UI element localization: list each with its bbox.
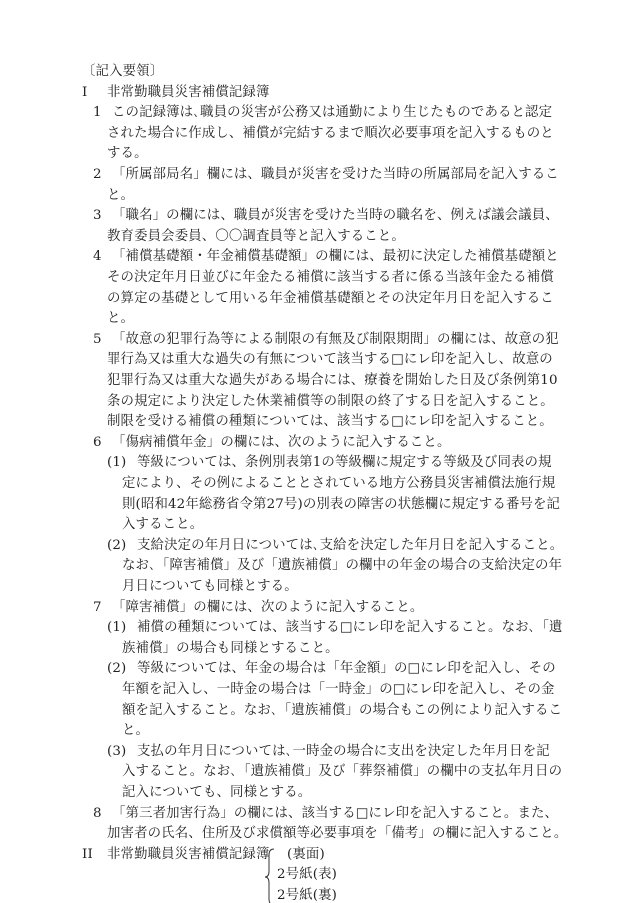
- item-text: 「第三者加害行為」の欄には、該当する□にレ印を記入すること。また、: [112, 804, 558, 825]
- item-text: 「障害補償」の欄には、次のように記入すること。: [112, 598, 423, 619]
- subitem-text: と。: [122, 721, 149, 742]
- item-text: 「故意の犯罪行為等による制限の有無及び制限期間」の欄には、故意の犯: [112, 330, 559, 351]
- item-text: この記録簿は､職員の災害が公務又は通勤により生じたものであると認定: [112, 103, 552, 124]
- item-text: 「傷病補償年金」の欄には、次のように記入すること。: [112, 433, 451, 454]
- document-page: 〔記入要領〕I非常勤職員災害補償記録簿1この記録簿は､職員の災害が公務又は通勤に…: [0, 0, 630, 903]
- item-number: 6: [93, 433, 102, 454]
- subitem-number: (3): [107, 742, 126, 763]
- subitem-text: 額を記入すること。なお､「遺族補償」の場合もこの例により記入するこ: [122, 701, 562, 722]
- subitem-text: 入すること。: [122, 515, 203, 536]
- item-number: 3: [93, 206, 102, 227]
- subitem-text: 記入についても、同様とする。: [122, 783, 311, 804]
- subitem-number: (1): [107, 618, 126, 639]
- item-number: 5: [93, 330, 102, 351]
- brace-symbol: [264, 847, 276, 903]
- subitem-text: なお､「障害補償」及び「遺族補償」の欄中の年金の場合の支給決定の年: [122, 556, 562, 577]
- subitem-number: (2): [107, 536, 126, 557]
- section-heading: 〔記入要領〕: [82, 62, 163, 83]
- subitem-text: 入すること。なお､「遺族補償」及び「葬祭補償」の欄中の支払年月日の: [122, 762, 562, 783]
- item-text: その決定年月日並びに年金たる補償に該当する者に係る当該年金たる補償: [107, 268, 554, 289]
- item-text: 「所属部局名」欄には、職員が災害を受けた当時の所属部局を記入するこ: [112, 165, 559, 186]
- item-text: 「補償基礎額・年金補償基礎額」の欄には、最初に決定した補償基礎額と: [112, 247, 559, 268]
- item-number: 2: [93, 165, 102, 186]
- item-text: と。: [107, 186, 134, 207]
- item-number: 8: [93, 804, 102, 825]
- item-text: 条の規定により決定した休業補償等の制限の終了する日を記入すること。: [107, 392, 554, 413]
- form-name: (裏面): [287, 845, 325, 866]
- item-text: と。: [107, 309, 134, 330]
- section-numeral: I: [82, 83, 87, 104]
- item-number: 7: [93, 598, 102, 619]
- subitem-text: 則(昭和42年総務省令第27号)の別表の障害の状態欄に規定する番号を記: [122, 495, 560, 516]
- item-text: された場合に作成し、補償が完結するまで順次必要事項を記入するものと: [107, 124, 554, 145]
- item-text: の算定の基礎として用いる年金補償基礎額とその決定年月日を記入するこ: [107, 289, 554, 310]
- form-name: 2号紙(裏): [277, 886, 337, 903]
- subitem-number: (2): [107, 659, 126, 680]
- subitem-text: 支払の年月日については､一時金の場合に支出を決定した年月日を記: [137, 742, 550, 763]
- section-title: 非常勤職員災害補償記録簿: [107, 83, 270, 104]
- item-number: 4: [93, 247, 102, 268]
- section-numeral: II: [82, 845, 93, 866]
- subitem-number: (1): [107, 453, 126, 474]
- item-text: する。: [107, 144, 148, 165]
- item-text: 加害者の氏名、住所及び求償額等必要事項を「備考」の欄に記入すること。: [107, 824, 567, 845]
- section-title: 非常勤職員災害補償記録簿: [107, 845, 270, 866]
- subitem-text: 補償の種類については、該当する□にレ印を記入すること。なお､「遺: [137, 618, 563, 639]
- subitem-text: 月日についても同様とする。: [122, 577, 298, 598]
- form-name: 2号紙(表): [277, 865, 337, 886]
- subitem-text: 等級については、条例別表第1の等級欄に規定する等級及び同表の規: [137, 453, 552, 474]
- subitem-text: 族補償」の場合も同様とすること。: [122, 639, 339, 660]
- subitem-text: 等級については、年金の場合は「年金額」の□にレ印を記入し、その: [137, 659, 556, 680]
- item-text: 制限を受ける補償の種類については、該当する□にレ印を記入すること。: [107, 412, 553, 433]
- item-text: 犯罪行為又は重大な過失がある場合には、療養を開始した日及び条例第10: [107, 371, 558, 392]
- subitem-text: 支給決定の年月日については､支給を決定した年月日を記入すること。: [137, 536, 563, 557]
- subitem-text: 年額を記入し、一時金の場合は「一時金」の□にレ印を記入し、その金: [122, 680, 555, 701]
- item-text: 罪行為又は重大な過失の有無について該当する□にレ印を記入し、故意の: [107, 350, 553, 371]
- item-text: 教育委員会委員、〇〇調査員等と記入すること。: [107, 227, 405, 248]
- item-number: 1: [93, 103, 102, 124]
- item-text: 「職名」の欄には、職員が災害を受けた当時の職名を、例えば議会議員、: [112, 206, 559, 227]
- subitem-text: 定により、その例によることとされている地方公務員災害補償法施行規: [122, 474, 555, 495]
